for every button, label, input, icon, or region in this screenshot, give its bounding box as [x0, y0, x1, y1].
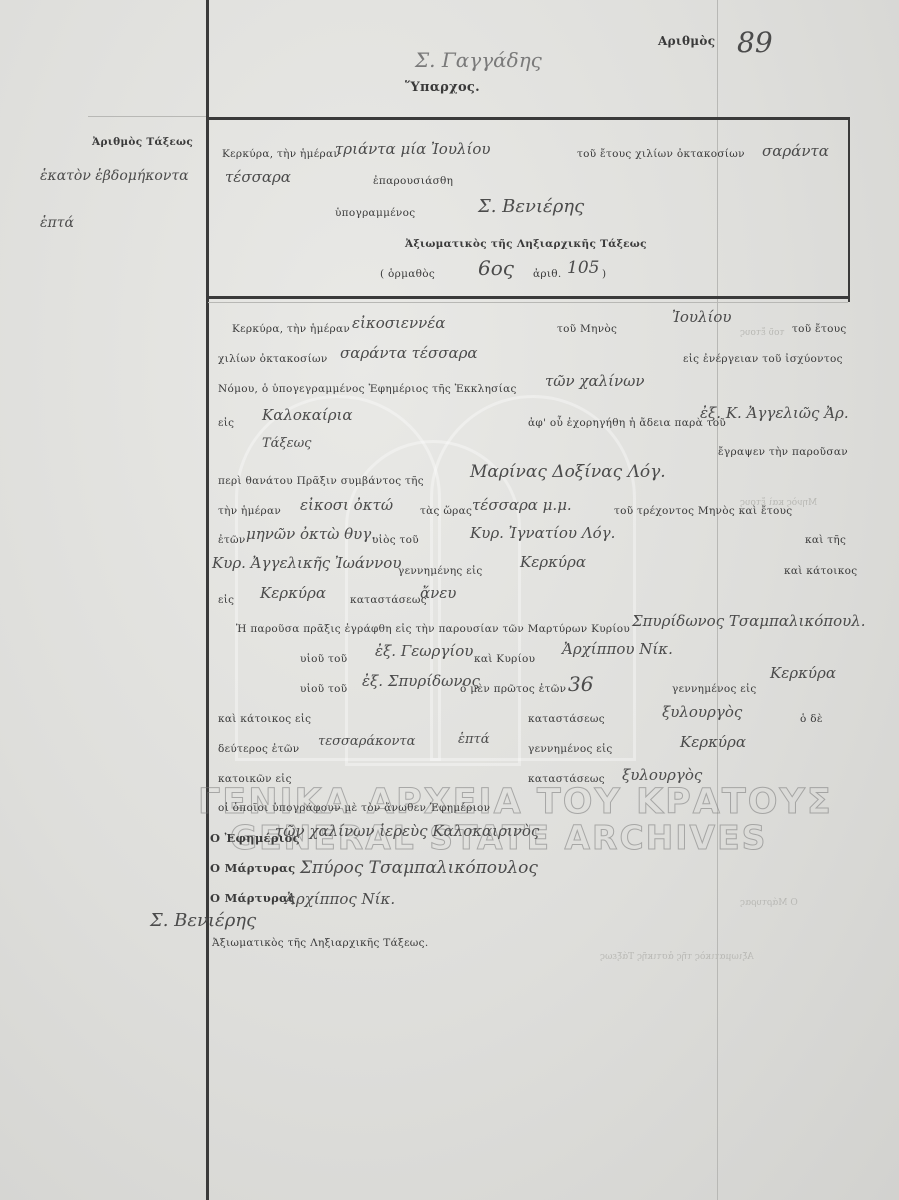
- left-column-rule: [206, 0, 209, 1200]
- bleed-through-text: Ο Μάρτυρας: [740, 898, 798, 908]
- handwritten-witness2-birthplace: Κερκύρα: [680, 733, 746, 751]
- witness2-signature: Ἀρχίππος Νίκ.: [285, 890, 395, 908]
- record-number-value: 89: [737, 26, 773, 59]
- handwritten-officer: Σ. Βενιέρης: [478, 196, 584, 217]
- printed-text: οἱ ὁποῖοι ὑπογράφουν μὲ τὸν ἄνωθεν Ἐφημέ…: [218, 802, 490, 814]
- printed-text: ἀριθ.: [533, 268, 562, 280]
- handwritten-status: ἄνευ: [420, 584, 456, 602]
- printed-text: γεννημένος εἰς: [672, 683, 757, 695]
- witness1-signature: Σπύρος Τσαμπαλικόπουλος: [300, 858, 538, 878]
- section-rule-inner: [208, 302, 848, 303]
- printed-text: Ἀξιωματικὸς τῆς Ληξιαρχικῆς Τάξεως: [405, 238, 647, 250]
- printed-text: γεννημένης εἰς: [398, 565, 483, 577]
- handwritten-witness1: Σπυρίδωνος Τσαμπαλικόπουλ.: [632, 612, 866, 630]
- order-number-value-line1: ἑκατὸν ἑβδομήκοντα: [40, 168, 189, 184]
- handwritten-number: 105: [567, 258, 599, 278]
- handwritten-residence: Κερκύρα: [260, 584, 326, 602]
- printed-text: καταστάσεως: [350, 594, 427, 606]
- handwritten-time: τέσσαρα μ.μ.: [472, 496, 572, 514]
- witness1-signature-label: Ο Μάρτυρας: [210, 861, 295, 875]
- prefect-label: Ὕπαρχος.: [405, 80, 480, 95]
- handwritten-volume: 6ος: [478, 256, 514, 280]
- left-header-rule: [88, 116, 206, 117]
- handwritten-witness1-birthplace: Κερκύρα: [770, 664, 836, 682]
- witness2-signature-label: Ο Μάρτυρας: [210, 891, 295, 905]
- handwritten-year-cont: τέσσαρα: [225, 168, 291, 186]
- handwritten-parish: Καλοκαίρια: [262, 406, 353, 424]
- handwritten-witness2-age-cont: ἑπτά: [458, 732, 490, 747]
- handwritten-witness2-age: τεσσαράκοντα: [318, 734, 415, 749]
- handwritten-month: Ἰουλίου: [672, 308, 732, 326]
- order-number-label: Ἀριθμὸς Τάξεως: [92, 136, 193, 148]
- printed-text: υἱοῦ τοῦ: [300, 683, 347, 695]
- printed-text: ): [602, 268, 606, 280]
- printed-text: δεύτερος ἐτῶν: [218, 743, 299, 755]
- bleed-through-text: Μηνὸς καὶ ἔτους: [740, 498, 817, 508]
- printed-text: ἀφ' οὗ ἐχορηγήθη ἡ ἄδεια παρὰ τοῦ: [528, 417, 726, 429]
- printed-text: ὑπογραμμένος: [335, 207, 415, 219]
- scanned-document-page: Σ. Γαγγάδης Ὕπαρχος. Αριθμὸς 89 Ἀριθμὸς …: [0, 0, 899, 1200]
- handwritten-birthplace: Κερκύρα: [520, 553, 586, 571]
- handwritten-witness2: Ἀρχίππου Νίκ.: [562, 640, 673, 658]
- handwritten-age: μηνῶν ὀκτὼ θυγ.: [246, 525, 376, 543]
- printed-text: ἐπαρουσιάσθη: [373, 175, 453, 187]
- printed-text: καὶ κάτοικος: [784, 565, 857, 577]
- handwritten-authority: ἐξ. Κ. Ἀγγελιῶς Ἀρ.: [700, 404, 849, 422]
- printed-text: τοῦ ἔτους χιλίων ὀκτακοσίων: [577, 148, 745, 160]
- printed-text: τὴν ἡμέραν: [218, 505, 281, 517]
- handwritten-year: σαράντα τέσσαρα: [340, 344, 478, 362]
- printed-text: εἰς ἐνέργειαν τοῦ ἰσχύοντος: [683, 353, 843, 365]
- printed-text: ( ὁρμαθὸς: [380, 268, 435, 280]
- printed-text: τὰς ὥρας: [420, 505, 472, 517]
- printed-text: τοῦ Μηνὸς: [557, 323, 617, 335]
- officer-title: Ἀξιωματικὸς τῆς Ληξιαρχικῆς Τάξεως.: [212, 937, 429, 949]
- handwritten-witness1-age: 36: [568, 672, 593, 696]
- handwritten-witness1-father: ἐξ. Γεωργίου: [375, 642, 473, 660]
- printed-text: περὶ θανάτου Πρᾶξιν συμβάντος τῆς: [218, 475, 424, 487]
- priest-signature: τῶν χαλίνων ἱερεὺς Καλοκαιρινὸς: [275, 822, 539, 840]
- printed-text: καὶ τῆς: [805, 534, 846, 546]
- printed-text: καὶ Κυρίου: [474, 653, 535, 665]
- printed-text: Κερκύρα, τὴν ἡμέραν: [222, 148, 340, 160]
- handwritten-day-of-death: εἰκοσι ὀκτώ: [300, 496, 393, 514]
- handwritten-father: Κυρ. Ἰγνατίου Λόγ.: [470, 524, 615, 542]
- bleed-through-text: Αξιωματικὸς τῆς ἀστικῆς Τάξεως: [600, 952, 754, 962]
- printed-text: υἱὸς τοῦ: [372, 534, 419, 546]
- handwritten-mother: Κυρ. Ἀγγελικῆς Ἰωάννου: [212, 554, 401, 572]
- top-box-right-rule: [848, 117, 850, 302]
- handwritten-church: τῶν χαλίνων: [545, 372, 645, 390]
- handwritten-witness1-occupation: ξυλουργὸς: [662, 703, 742, 721]
- handwritten-day: εἰκοσιεννέα: [352, 314, 445, 332]
- right-column-rule: [717, 0, 718, 1200]
- printed-text: Ἡ παροῦσα πρᾶξις ἐγράφθη εἰς τὴν παρουσί…: [236, 623, 630, 635]
- handwritten-deceased-name: Μαρίνας Δοξίνας Λόγ.: [470, 462, 666, 482]
- printed-text: Νόμου, ὁ ὑπογεγραμμένος Ἐφημέριος τῆς Ἐκ…: [218, 383, 517, 395]
- printed-text: χιλίων ὀκτακοσίων: [218, 353, 328, 365]
- printed-text: ὁ δὲ: [800, 713, 823, 725]
- handwritten-year: σαράντα: [762, 142, 829, 160]
- printed-text: τοῦ ἔτους: [792, 323, 847, 335]
- printed-text: Κερκύρα, τὴν ἡμέραν: [232, 323, 350, 335]
- printed-text: εἰς: [218, 594, 234, 606]
- printed-text: καὶ κάτοικος εἰς: [218, 713, 311, 725]
- printed-text: ἔγραψεν τὴν παροῦσαν: [718, 446, 848, 458]
- printed-text: ἐτῶν: [218, 534, 246, 546]
- printed-text: ὁ μὲν πρῶτος ἐτῶν: [460, 683, 566, 695]
- printed-text: καταστάσεως: [528, 713, 605, 725]
- handwritten-date: τριάντα μία Ἰουλίου: [335, 140, 490, 158]
- officer-signature: Σ. Βενιέρης: [150, 910, 256, 931]
- printed-text: υἱοῦ τοῦ: [300, 653, 347, 665]
- bleed-through-text: τοῦ ἔτους: [740, 328, 784, 338]
- printed-text: γεννημένος εἰς: [528, 743, 613, 755]
- header-rule: [208, 117, 848, 120]
- prefect-signature: Σ. Γαγγάδης: [415, 48, 542, 72]
- section-rule: [208, 296, 848, 299]
- record-number-label: Αριθμὸς: [658, 34, 715, 48]
- printed-text: εἰς: [218, 417, 234, 429]
- order-number-value-line2: ἑπτά: [40, 215, 74, 231]
- handwritten-text: Τάξεως: [262, 436, 311, 451]
